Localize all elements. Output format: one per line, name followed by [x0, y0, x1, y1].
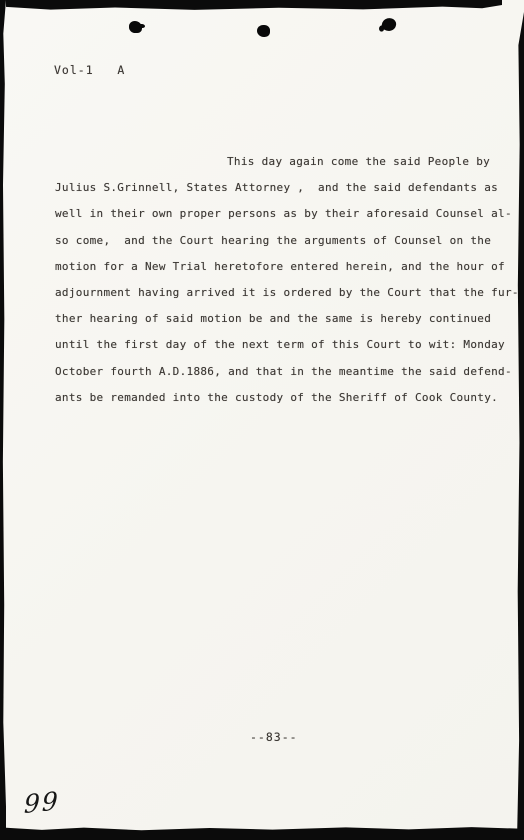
body-line: This day again come the said People by: [55, 149, 505, 175]
body-line: October fourth A.D.1886, and that in the…: [55, 359, 505, 385]
scan-border-left: [0, 0, 6, 840]
ink-blot: [129, 21, 142, 33]
volume-label: Vol-1 A: [54, 63, 125, 77]
scan-border-top: [6, 0, 502, 11]
body-line: motion for a New Trial heretofore entere…: [55, 254, 505, 280]
body-line: so come, and the Court hearing the argum…: [55, 228, 505, 254]
ink-blot: [381, 17, 397, 33]
body-line: adjournment having arrived it is ordered…: [55, 280, 505, 306]
scan-border-right: [517, 12, 524, 840]
handwritten-folio-number: 99: [24, 786, 61, 819]
scan-border-bottom: [0, 826, 524, 840]
ink-blot: [257, 25, 270, 37]
body-line: ants be remanded into the custody of the…: [55, 385, 505, 411]
body-line: until the first day of the next term of …: [55, 332, 505, 358]
document-body: This day again come the said People by J…: [55, 149, 505, 411]
scanned-document-page: Vol-1 A This day again come the said Peo…: [0, 0, 524, 840]
body-line: ther hearing of said motion be and the s…: [55, 306, 505, 332]
body-line: well in their own proper persons as by t…: [55, 201, 505, 227]
body-line: Julius S.Grinnell, States Attorney , and…: [55, 175, 505, 201]
page-number: --83--: [250, 730, 298, 744]
